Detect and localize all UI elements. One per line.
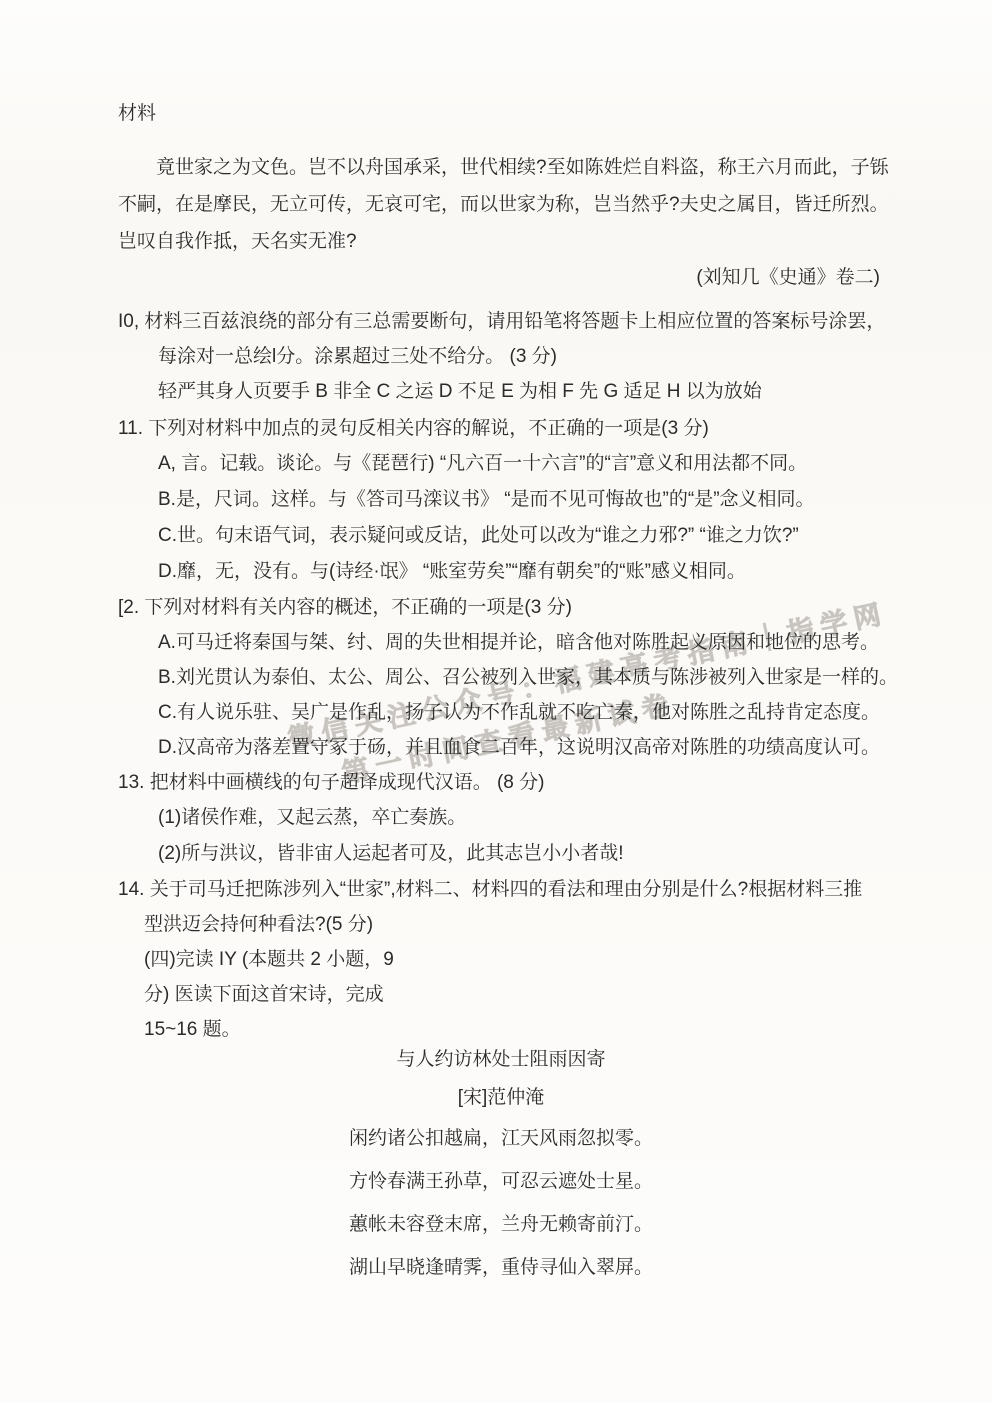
question-13-item-1: (1)诸侯作难，又起云蒸，卒亡奏族。 <box>118 800 884 836</box>
passage-attribution: (刘知几《史通》卷二) <box>118 260 884 296</box>
exam-content: 材料 竟世家之为文色。岂不以舟国承采，世代相续?至如陈姓烂自料盗，称王六月而此，… <box>118 96 884 1289</box>
question-10: I0, 材料三百兹浪绕的部分有三总需要断句，请用铅笔将答题卡上相应位置的答案标号… <box>118 304 884 409</box>
section-four-line: (四)完读 IY (本题共 2 小题，9 <box>118 942 884 977</box>
passage-line: 竟世家之为文色。岂不以舟国承采，世代相续?至如陈姓烂自料盗，称王六月而此，子铄 <box>118 149 884 186</box>
question-14-line: 型洪迈会持何种看法?(5 分) <box>118 907 884 942</box>
question-11-option-b: B.是，尺词。这样。与《答司马滦议书》 “是而不见可悔故也”的“是”念义相同。 <box>118 482 884 518</box>
exam-page: 微信关注公众号：福建高考指南｜指学网 第一时间查看最新试卷 材料 竟世家之为文色… <box>0 0 992 1403</box>
poem-line: 闲约诸公扣越扁，江天风雨忽拟零。 <box>118 1117 884 1160</box>
question-14-line: 14. 关于司马迁把陈涉列入“世家”,材料二、材料四的看法和理由分别是什么?根据… <box>118 872 884 907</box>
question-12-option-b: B.刘光贯认为泰伯、太公、周公、召公被列入世家，其本质与陈涉被列入世家是一样的。 <box>118 660 884 695</box>
question-12-option-c: C.有人说乐驻、吴广是作乱，扬子认为不作乱就不吃亡秦，他对陈胜之乱持肯定态度。 <box>118 695 884 730</box>
poem-line: 湖山早晓逢晴霁，重侍寻仙入翠屏。 <box>118 1246 884 1289</box>
question-11-option-c: C.世。句末语气词，表示疑问或反诘，此处可以改为“谁之力邪?” “谁之力饮?” <box>118 518 884 554</box>
question-12: [2. 下列对材料有关内容的概述，不正确的一项是(3 分) A.可马迁将秦国与桀… <box>118 590 884 765</box>
material-heading: 材料 <box>118 96 884 131</box>
poem-line: 方怜春满王孙草，可忍云遮处士星。 <box>118 1160 884 1203</box>
question-10-line: I0, 材料三百兹浪绕的部分有三总需要断句，请用铅笔将答题卡上相应位置的答案标号… <box>118 304 884 339</box>
poem-line: 蕙帐未容登末席，兰舟无赖寄前汀。 <box>118 1203 884 1246</box>
question-13-stem: 13. 把材料中画横线的句子超译成现代汉语。 (8 分) <box>118 765 884 800</box>
question-14: 14. 关于司马迁把陈涉列入“世家”,材料二、材料四的看法和理由分别是什么?根据… <box>118 872 884 942</box>
passage: 竟世家之为文色。岂不以舟国承采，世代相续?至如陈姓烂自料盗，称王六月而此，子铄 … <box>118 149 884 260</box>
poem: 与人约访林处士阻雨因寄 [宋]范仲淹 闲约诸公扣越扁，江天风雨忽拟零。 方怜春满… <box>118 1041 884 1289</box>
section-four-header: (四)完读 IY (本题共 2 小题，9 分) 医读下面这首宋诗，完成 15~1… <box>118 942 884 1047</box>
question-11-stem: 11. 下列对材料中加点的灵句反相关内容的解说，不正确的一项是(3 分) <box>118 411 884 446</box>
question-13-item-2: (2)所与洪议，皆非宙人运起者可及，此其志岂小小者哉! <box>118 836 884 872</box>
question-11-option-d: D.靡，无，没有。与(诗经·氓》 “账室劳矣”“靡有朝矣”的“账”感义相同。 <box>118 554 884 590</box>
poem-author: [宋]范仲淹 <box>118 1079 884 1117</box>
passage-line: 岂叹自我作抵，天名实无准? <box>118 223 884 260</box>
question-12-option-a: A.可马迁将秦国与桀、纣、周的失世相提并论，暗含他对陈胜起义原因和地位的思考。 <box>118 625 884 660</box>
passage-line: 不嗣，在是摩民，无立可传，无哀可宅，而以世家为称，岂当然乎?夫史之属目，皆迁所烈… <box>118 186 884 223</box>
question-10-line: 每涂对一总绘l分。涂累超过三处不给分。 (3 分) <box>118 339 884 374</box>
question-10-answer-line: 轻严其身人页要手 B 非全 C 之运 D 不足 E 为相 F 先 G 适足 H … <box>118 374 884 409</box>
question-12-option-d: D.汉高帝为落差置守冢于砀，并且血食二百年，这说明汉高帝对陈胜的功绩高度认可。 <box>118 730 884 765</box>
section-four-line: 分) 医读下面这首宋诗，完成 <box>118 977 884 1012</box>
question-11-option-a: A, 言。记载。谈论。与《琵琶行) “凡六百一十六言”的“言”意义和用法都不同。 <box>118 446 884 482</box>
question-13: 13. 把材料中画横线的句子超译成现代汉语。 (8 分) (1)诸侯作难，又起云… <box>118 765 884 872</box>
question-12-stem: [2. 下列对材料有关内容的概述，不正确的一项是(3 分) <box>118 590 884 625</box>
question-11: 11. 下列对材料中加点的灵句反相关内容的解说，不正确的一项是(3 分) A, … <box>118 411 884 590</box>
